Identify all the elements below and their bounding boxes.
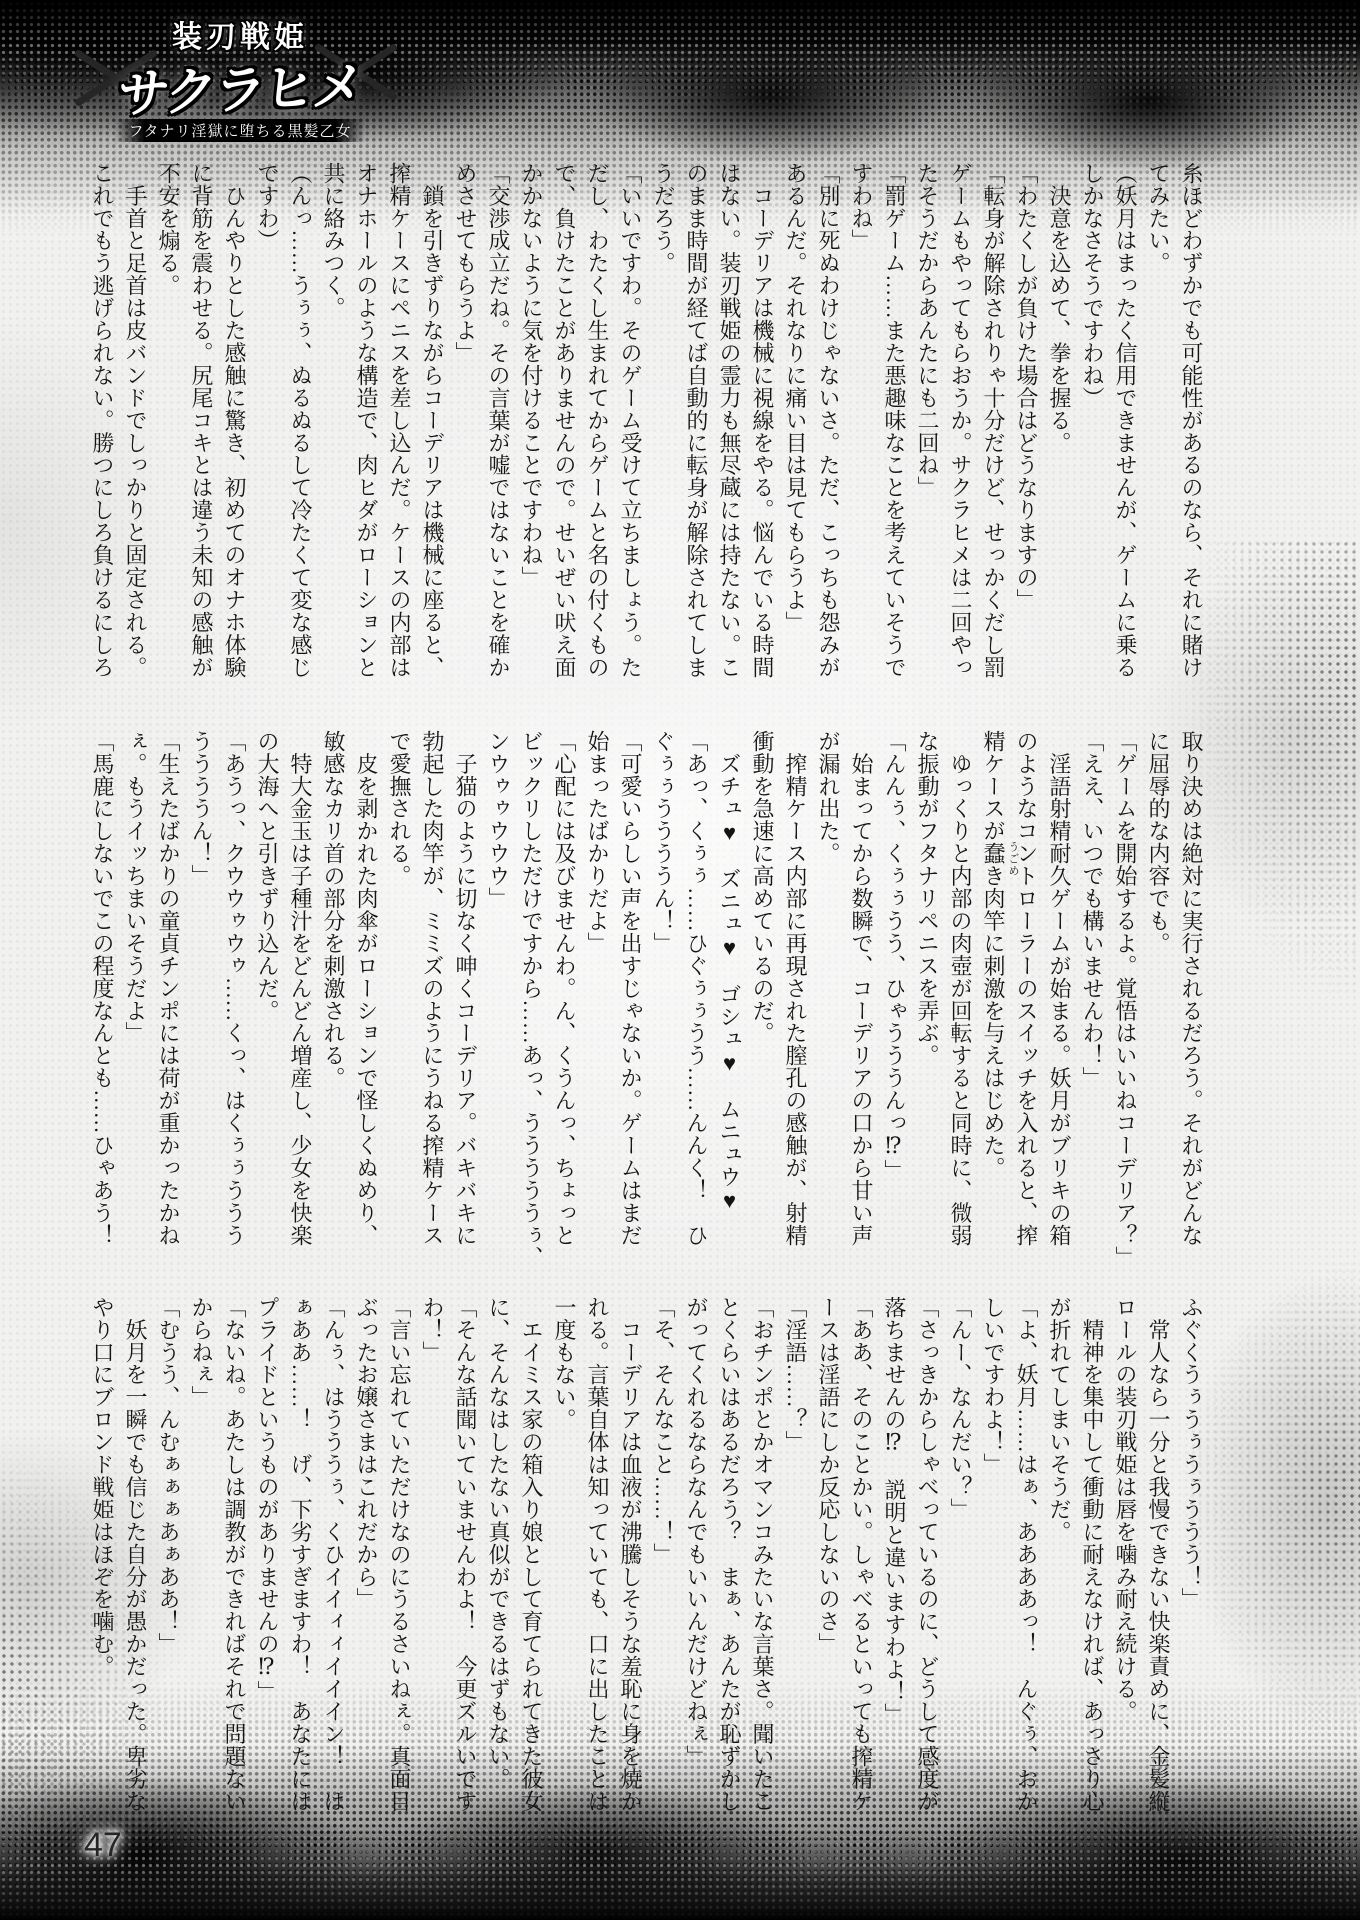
vertical-text-block-3: ふぐくうぅうぅうぅううう！」 常人なら一分と我慢できない快楽責めに、金髪縦 ロー… [84, 1296, 1208, 1814]
vertical-text-block-2: 取り決めは絶対に実行されるだろう。それがどんな に屈辱的な内容でも。 「ゲームを… [84, 730, 1208, 1248]
series-logo: 装刃戦姫 サクラヒメ フタナリ淫獄に堕ちる黒髪乙女 [100, 12, 380, 142]
vertical-text-block-1: 糸ほどわずかでも可能性があるのなら、それに賭け てみたい。 （妖月はまったく信用… [84, 162, 1208, 680]
page-number: 47 [84, 1826, 122, 1865]
halftone-patch-right-middle [1190, 540, 1360, 1000]
scanned-novel-page: 装刃戦姫 サクラヒメ フタナリ淫獄に堕ちる黒髪乙女 糸ほどわずかでも可能性がある… [0, 0, 1360, 1920]
logo-title: サクラヒメ [96, 43, 384, 128]
ruby-annotation: うごめ [1005, 841, 1021, 877]
logo-subtitle: フタナリ淫獄に堕ちる黒髪乙女 [115, 119, 366, 142]
